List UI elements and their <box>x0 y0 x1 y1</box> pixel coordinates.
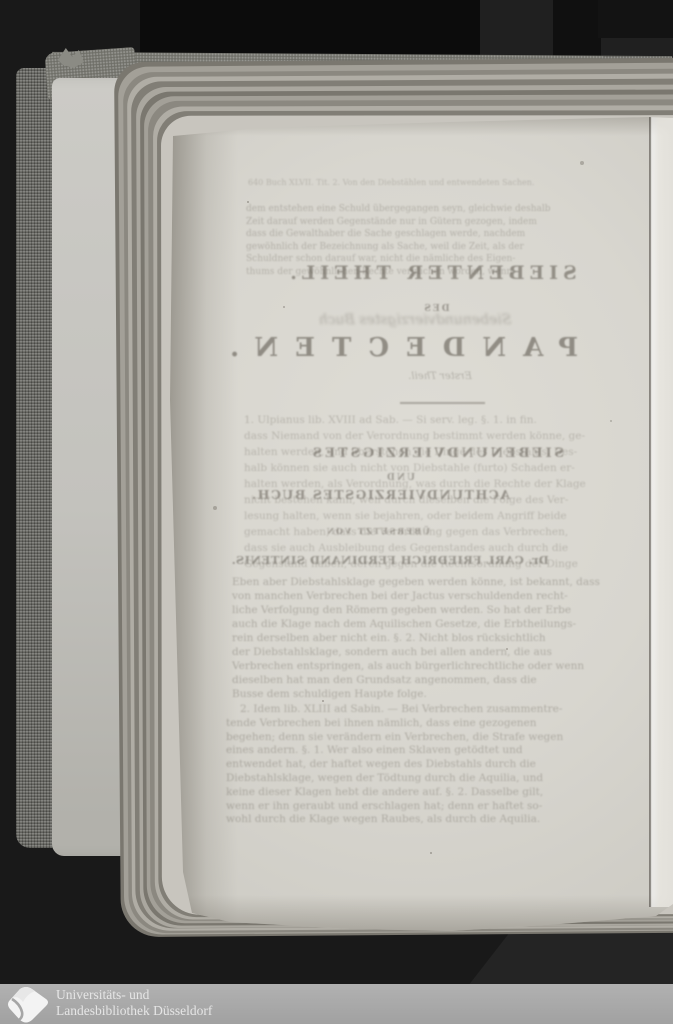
showthrough-translator: Dr. CARL FRIEDRICH FERDINAND SINTENIS. <box>230 553 550 567</box>
paper-specks <box>0 0 2 2</box>
ulb-book-logo-icon <box>5 986 51 1024</box>
background-shadow-corner <box>598 0 673 38</box>
library-banner: Universitäts- und Landesbibliothek Düsse… <box>0 984 673 1024</box>
showthrough-und-label: UND <box>350 473 450 483</box>
library-name: Universitäts- und Landesbibliothek Düsse… <box>56 987 212 1019</box>
showthrough-divider-rule <box>400 402 485 404</box>
showthrough-part-sub: Erster Theil. <box>390 371 490 382</box>
book-scan-viewport: IS R NG, s. 640 Buch XLVII. Tit. 2. Von … <box>0 0 673 1024</box>
library-name-line2: Landesbibliothek Düsseldorf <box>56 1003 212 1019</box>
library-name-line1: Universitäts- und <box>56 987 212 1003</box>
showthrough-book-line2: ACHTUNDVIERZIGSTES BUCH. <box>280 487 510 502</box>
showthrough-uebersetzt-von: ÜBERSETZT VON <box>330 526 430 536</box>
showthrough-book-line1: SIEBENUNDVIERZIGSTES <box>324 446 564 461</box>
background-seam <box>468 928 673 986</box>
showthrough-main-title: PANDECTEN. <box>238 333 578 363</box>
showthrough-script-line: Siebenundvierzigstes Buch <box>265 312 565 328</box>
showthrough-part-title: SIEBENTER THEIL. <box>271 262 591 284</box>
